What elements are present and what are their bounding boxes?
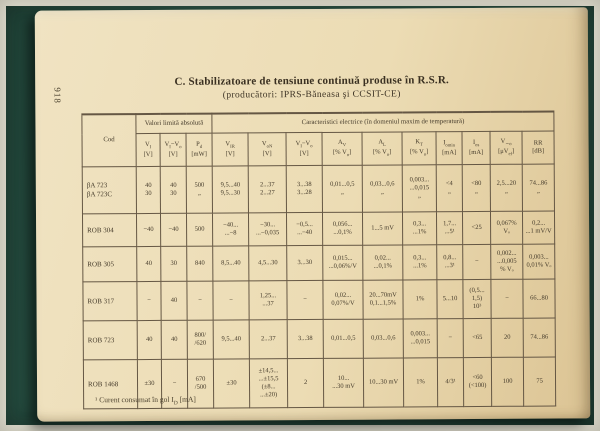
- value-cell: 8,5...40: [213, 246, 249, 281]
- value-cell: 40: [137, 320, 161, 359]
- value-cell: −: [437, 319, 463, 358]
- table-head: CodValori limită absolutăCaracteristici …: [82, 112, 554, 167]
- value-cell: −: [491, 279, 523, 318]
- value-cell: 500: [186, 213, 212, 246]
- value-cell: 10...30 mV: [363, 358, 403, 407]
- device-code-cell: ROB 723: [83, 321, 137, 360]
- value-cell: 0,01...0,5 „: [322, 165, 362, 212]
- column-header: Pd[mW]: [186, 133, 212, 166]
- value-cell: 3...30: [287, 245, 323, 280]
- value-cell: 4/3¹: [437, 358, 463, 407]
- table-row: ROB 7234040800/ /6209,5...402...373...38…: [83, 318, 555, 360]
- table-row: ROB 30540308408,5...404,5...303...300,01…: [83, 244, 555, 282]
- value-cell: −40: [136, 213, 160, 246]
- column-group-header: Caracteristici electrice (în domeniul ma…: [212, 112, 554, 134]
- value-cell: 0,003... 0,01% Vₒ: [523, 244, 555, 279]
- device-code-cell: βA 723 βA 723C: [82, 167, 136, 214]
- value-cell: 0,003... ...0,015: [403, 319, 437, 358]
- value-cell: −: [463, 244, 491, 279]
- value-cell: 0,067% Vₒ: [491, 211, 523, 244]
- value-cell: −40... ...−8: [213, 213, 249, 246]
- value-cell: 40 30: [160, 166, 186, 213]
- value-cell: 40: [161, 320, 187, 359]
- column-header: AV[% Vo]: [322, 132, 362, 165]
- value-cell: 0,002... ...0,005 % Vₒ: [491, 244, 523, 279]
- column-header-cod: Cod: [82, 114, 136, 167]
- value-cell: 2,5...20 „: [490, 164, 522, 211]
- value-cell: 30: [161, 246, 187, 281]
- title-block: C. Stabilizatoare de tensiune continuă p…: [35, 73, 588, 101]
- stabilizers-table: CodValori limită absolutăCaracteristici …: [81, 111, 556, 410]
- device-code-cell: ROB 317: [83, 282, 137, 321]
- value-cell: <80 „: [462, 164, 490, 211]
- value-cell: 800/ /620: [187, 320, 213, 359]
- column-header: V∼o[μVef]: [490, 131, 522, 164]
- value-cell: 1%: [403, 358, 437, 407]
- value-cell: −: [287, 280, 323, 319]
- value-cell: 74...86: [523, 318, 555, 357]
- value-cell: 74...86 „: [522, 164, 554, 211]
- value-cell: 1,7... ...5¹: [437, 212, 463, 245]
- value-cell: 0,02... ...0,1%: [363, 245, 403, 280]
- value-cell: −0,5... ...−40: [287, 212, 323, 245]
- value-cell: 0,03...0,6: [363, 319, 403, 358]
- value-cell: 1...5 mV: [363, 212, 403, 245]
- column-header: VIR[V]: [212, 133, 248, 166]
- value-cell: 20...70mV 0,1...1,5%: [363, 280, 403, 319]
- value-cell: 0,056... ...0,1%: [323, 212, 363, 245]
- value-cell: 1%: [403, 280, 437, 319]
- value-cell: 40: [161, 281, 187, 320]
- value-cell: ±14,5... ...±15,5 (±8... ...±20): [249, 359, 287, 408]
- table-body: βA 723 βA 723C40 3040 30500 „9,5...40 9,…: [82, 164, 556, 409]
- value-cell: ±30: [213, 359, 249, 408]
- book-page: 918 C. Stabilizatoare de tensiune contin…: [35, 7, 591, 421]
- column-header: VI−Vo[V]: [160, 133, 186, 166]
- value-cell: 5...10: [437, 280, 463, 319]
- value-cell: −30... ...−0,035: [249, 213, 287, 246]
- value-cell: 9,5...40: [213, 320, 249, 359]
- value-cell: 2...37 2...27: [248, 166, 286, 213]
- page-title: C. Stabilizatoare de tensiune continuă p…: [35, 73, 588, 88]
- value-cell: −40: [160, 213, 186, 246]
- value-cell: 9,5...40 9,5...30: [212, 166, 248, 213]
- value-cell: 4,5...30: [249, 246, 287, 281]
- value-cell: 0,2... ...1 mV/V: [523, 211, 555, 244]
- value-cell: <4 „: [436, 165, 462, 212]
- value-cell: (0,5... 1,5) 10³: [463, 279, 491, 318]
- value-cell: <60 (<100): [463, 357, 491, 406]
- value-cell: 500 „: [186, 166, 212, 213]
- value-cell: 40: [137, 246, 161, 281]
- column-header: KT[% Vo]: [402, 132, 436, 165]
- table-row: ROB 317−40−−1,25... ...37−0,02... 0,07%/…: [83, 279, 555, 321]
- value-cell: −: [187, 281, 213, 320]
- column-header: VI−Vo[V]: [286, 132, 322, 165]
- value-cell: 0,01...0,5: [323, 319, 363, 358]
- value-cell: 0,003... ...0,015 „: [402, 165, 436, 212]
- value-cell: 100: [491, 357, 523, 406]
- value-cell: 3...38: [287, 319, 323, 358]
- table-row: βA 723 βA 723C40 3040 30500 „9,5...40 9,…: [82, 164, 554, 214]
- value-cell: 0,8... ...3¹: [437, 245, 463, 280]
- column-header: Ios[mA]: [462, 131, 490, 164]
- footnote: ¹ Curent consumat în gol ID [mA]: [95, 395, 196, 407]
- column-header: AL[% Vo]: [362, 132, 402, 165]
- value-cell: <65: [463, 318, 491, 357]
- column-header: RR[dB]: [522, 131, 554, 164]
- value-cell: <25: [463, 211, 491, 244]
- table-wrapper: CodValori limită absolutăCaracteristici …: [81, 111, 555, 410]
- value-cell: 2: [287, 358, 323, 407]
- table-row: ROB 304−40−40500−40... ...−8−30... ...−0…: [82, 211, 554, 247]
- value-cell: 20: [491, 318, 523, 357]
- value-cell: 2...37: [249, 320, 287, 359]
- column-header: VoN[V]: [248, 133, 286, 166]
- value-cell: 0,3... ...1%: [403, 245, 437, 280]
- value-cell: −: [137, 281, 161, 320]
- value-cell: 0,3... ...1%: [403, 212, 437, 245]
- page-subtitle: (producători: IPRS-Băneasa şi CCSIT-CE): [35, 88, 588, 101]
- column-header: VI[V]: [136, 133, 160, 166]
- value-cell: 0,015... ...0,06%/V: [323, 245, 363, 280]
- value-cell: 75: [523, 357, 555, 406]
- value-cell: 0,03...0,6 „: [362, 165, 402, 212]
- value-cell: 1,25... ...37: [249, 281, 287, 320]
- value-cell: 40 30: [136, 166, 160, 213]
- device-code-cell: ROB 305: [83, 247, 137, 282]
- value-cell: 66...80: [523, 279, 555, 318]
- value-cell: 3...38 3...28: [286, 165, 322, 212]
- column-group-header: Valori limită absolută: [136, 114, 212, 134]
- value-cell: 0,02... 0,07%/V: [323, 280, 363, 319]
- value-cell: −: [213, 281, 249, 320]
- value-cell: 10... ...30 mV: [323, 358, 363, 407]
- device-code-cell: ROB 304: [82, 214, 136, 247]
- value-cell: 840: [187, 246, 213, 281]
- column-header: Iomin[mA]: [436, 132, 462, 165]
